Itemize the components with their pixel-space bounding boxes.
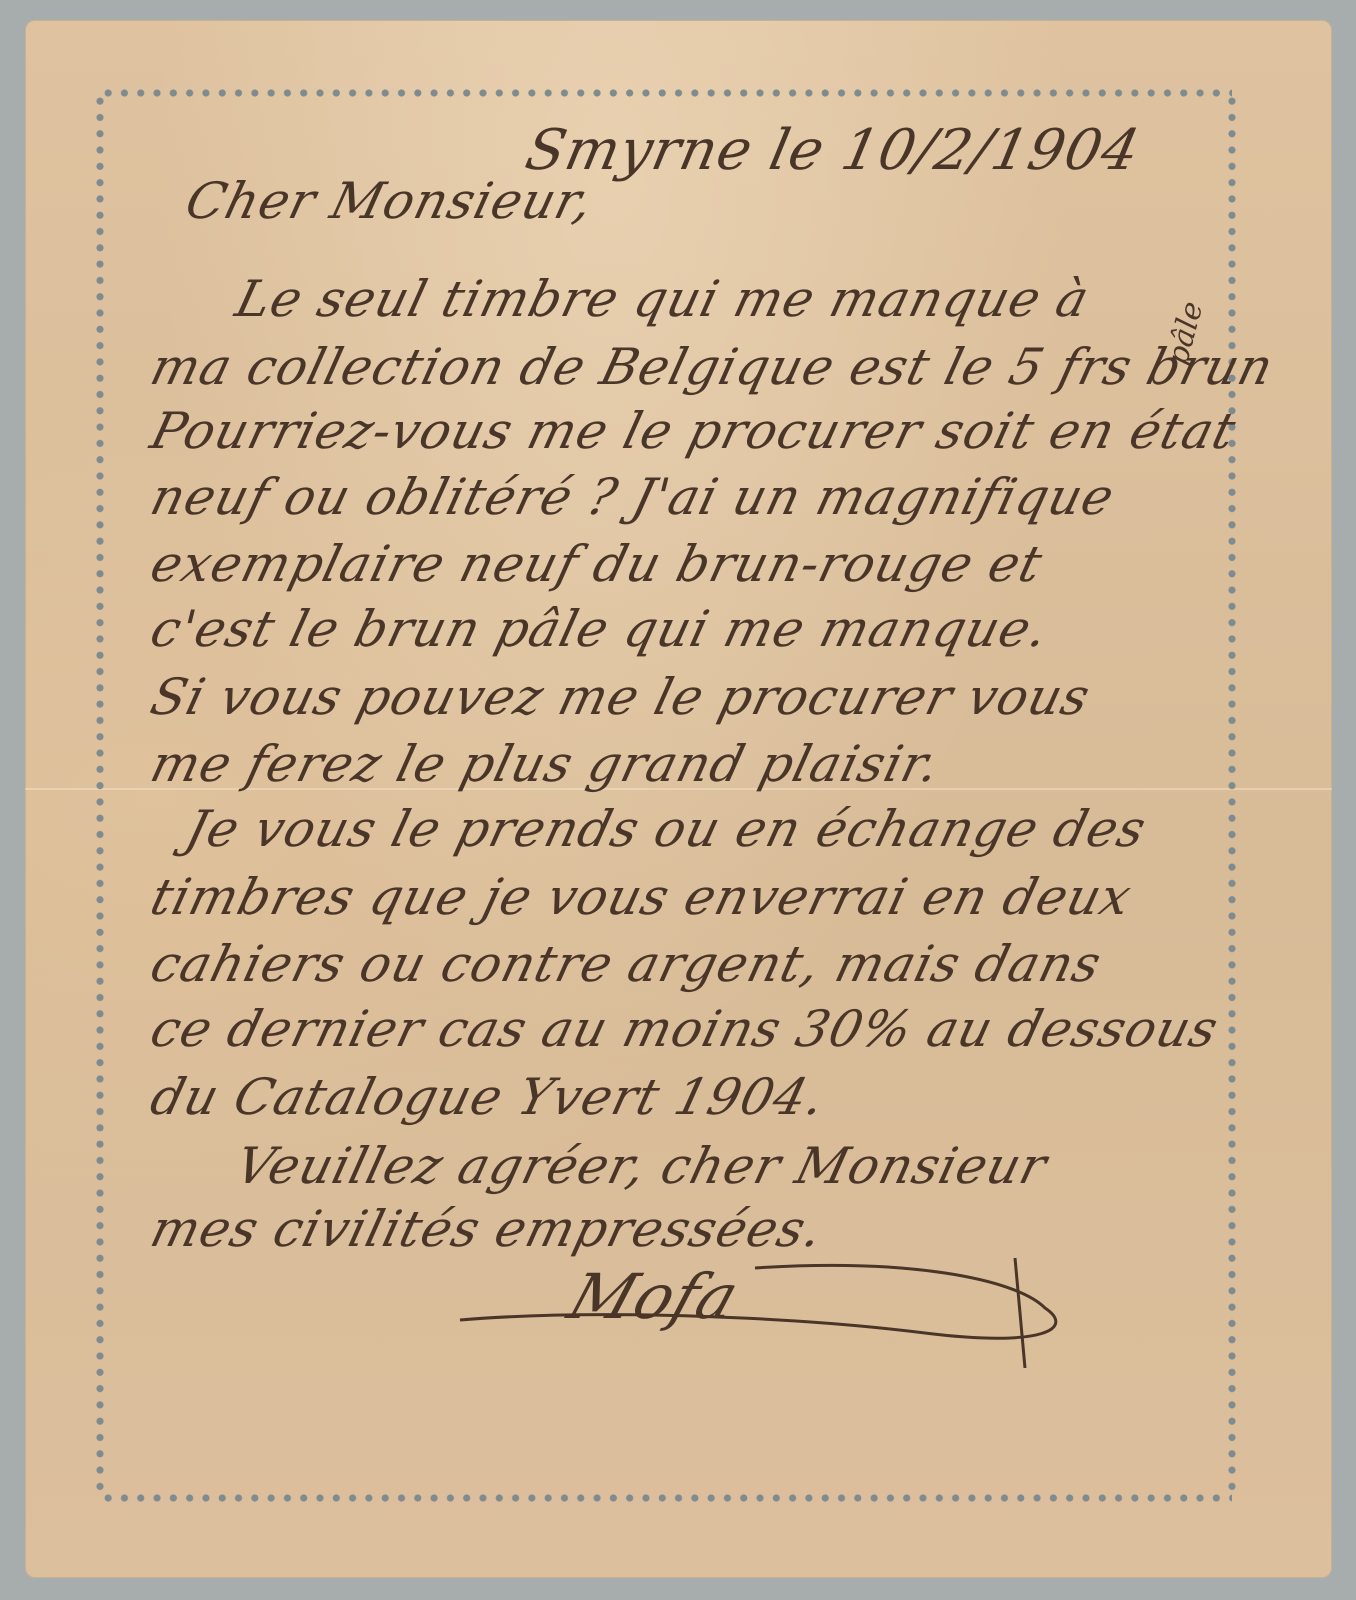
- letter-line: ce dernier cas au moins 30% au dessous: [145, 1000, 1224, 1058]
- letter-line: Le seul timbre qui me manque à: [230, 270, 1095, 328]
- perforation-right: [1227, 93, 1237, 1498]
- letter-line: me ferez le plus grand plaisir.: [145, 735, 946, 793]
- salutation: Cher Monsieur,: [180, 172, 600, 230]
- letter-line: du Catalogue Yvert 1904.: [145, 1068, 831, 1126]
- letter-line: cahiers ou contre argent, mais dans: [145, 935, 1107, 993]
- place-date: Smyrne le 10/2/1904: [520, 118, 1146, 183]
- letter-line: exemplaire neuf du brun-rouge et: [145, 535, 1049, 593]
- perforation-bottom: [100, 1493, 1232, 1503]
- perforation-top: [100, 88, 1232, 98]
- letter-line: timbres que je vous enverrai en deux: [145, 868, 1138, 926]
- letter-line: neuf ou oblitéré ? J'ai un magnifique: [145, 468, 1120, 526]
- letter-line: c'est le brun pâle qui me manque.: [145, 600, 1055, 658]
- perforation-left: [95, 93, 105, 1498]
- letter-line: Je vous le prends ou en échange des: [180, 800, 1152, 858]
- closing-line: Veuillez agréer, cher Monsieur: [230, 1137, 1053, 1195]
- letter-line: Pourriez-vous me le procurer soit en éta…: [145, 402, 1242, 460]
- letter-line: Si vous pouvez me le procurer vous: [145, 668, 1096, 726]
- signature: Mofa: [560, 1260, 748, 1333]
- closing-line: mes civilités empressées.: [145, 1200, 829, 1258]
- letter-line: ma collection de Belgique est le 5 frs b…: [145, 338, 1280, 396]
